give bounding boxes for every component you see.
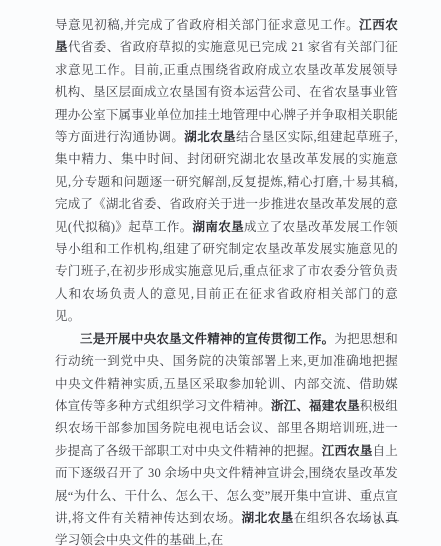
text-run: 结合垦区实际,组建起草班子,集中精力、集中时间、封闭研究湖北农垦改革发展的实施意… — [55, 130, 398, 234]
emphasis-run: 湖南农垦 — [193, 220, 244, 234]
emphasis-run: 浙江、福建农垦 — [271, 399, 360, 413]
emphasis-run: 三是开展中央农垦文件精神的宣传贯彻工作。 — [80, 332, 334, 346]
emphasis-run: 江西农垦 — [322, 444, 373, 458]
text-run: 成立了农垦改革发展工作领导小组和工作机构,组建了研究制定农垦改革发展实施意见的专… — [55, 220, 398, 324]
emphasis-run: 湖北农垦 — [242, 511, 294, 525]
paragraph: 导意见初稿,并完成了省政府相关部门征求意见工作。江西农垦代省委、省政府草拟的实施… — [55, 14, 398, 328]
text-run: 导意见初稿,并完成了省政府相关部门征求意见工作。 — [55, 18, 359, 32]
emphasis-run: 湖北农垦 — [184, 130, 236, 144]
page-number: — 3 — — [356, 511, 400, 529]
text-run: 代省委、省政府草拟的实施意见已完成 21 家省有关部门征求意见工作。目前,正重点… — [55, 40, 398, 144]
document-page: 导意见初稿,并完成了省政府相关部门征求意见工作。江西农垦代省委、省政府草拟的实施… — [0, 0, 441, 546]
paragraph: 三是开展中央农垦文件精神的宣传贯彻工作。为把思想和行动统一到党中央、国务院的决策… — [55, 328, 398, 546]
document-body: 导意见初稿,并完成了省政府相关部门征求意见工作。江西农垦代省委、省政府草拟的实施… — [55, 14, 398, 546]
